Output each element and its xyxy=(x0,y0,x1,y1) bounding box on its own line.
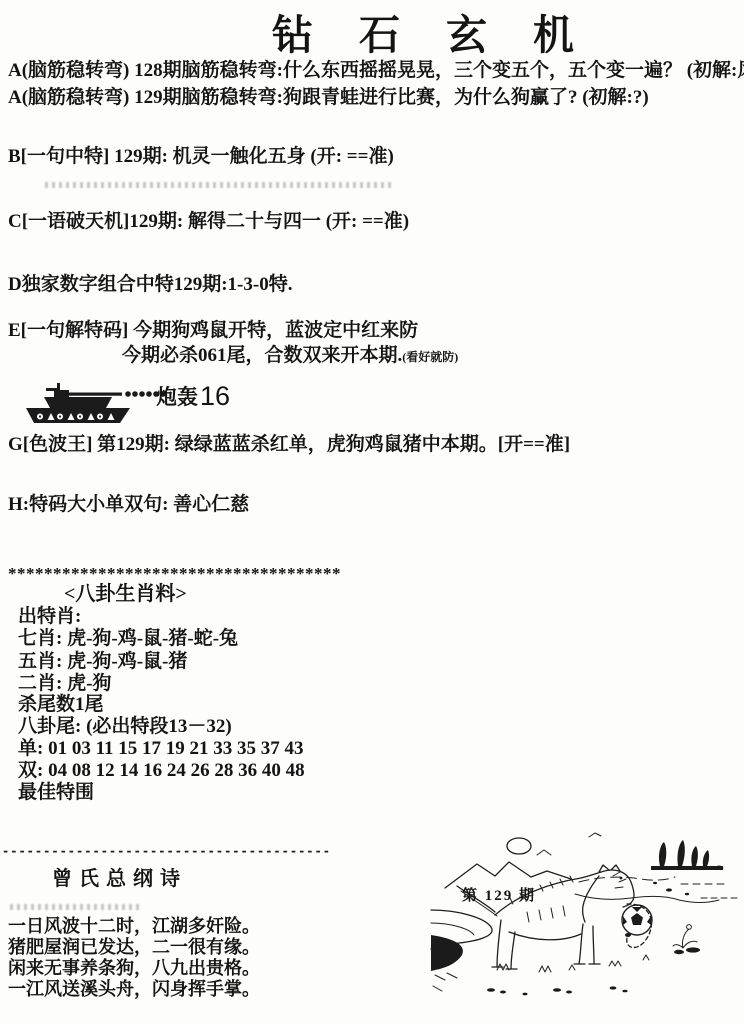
section-h-line: H:特码大小单双句: 善心仁慈 xyxy=(8,494,249,516)
tiger xyxy=(457,865,652,969)
trees xyxy=(651,840,723,870)
poem-line: 一日风波十二时，江湖多奸险。 xyxy=(8,916,260,937)
tank-cannon-graphic xyxy=(24,380,172,426)
section-g-line: G[色波王] 第129期: 绿绿蓝蓝杀红单，虎狗鸡鼠猪中本期。[开==准] xyxy=(8,434,570,456)
section-e-line1: E[一句解特码] 今期狗鸡鼠开特，蓝波定中红来防 xyxy=(8,320,418,342)
tiger-belly xyxy=(509,932,581,940)
section-d-line: D独家数字组合中特129期:1-3-0特. xyxy=(8,274,292,296)
blurred-text-line xyxy=(45,182,393,188)
poem-title: 曾氏总纲诗 xyxy=(52,868,187,891)
bagua-row: 七肖: 虎-狗-鸡-鼠-猪-蛇-兔 xyxy=(18,628,238,650)
cannon-label: 炮轰 xyxy=(156,385,198,409)
section-e-note: (看好就防) xyxy=(402,350,458,364)
illustration-caption: 第 129 期 xyxy=(462,888,536,905)
water-lines xyxy=(575,877,737,903)
bagua-row: 杀尾数1尾 xyxy=(18,694,104,716)
section-a-line-128: A(脑筋稳转弯) 128期脑筋稳转弯:什么东西摇摇晃晃，三个变五个，五个变一遍？… xyxy=(8,60,744,82)
page: 钻石玄机 A(脑筋稳转弯) 128期脑筋稳转弯:什么东西摇摇晃晃，三个变五个，五… xyxy=(0,0,744,1024)
poem-line: 闲来无事养条狗，八九出贵格。 xyxy=(8,958,260,979)
stars-separator: ************************************* xyxy=(8,564,341,584)
sun-icon xyxy=(507,838,531,854)
bagua-row: 八卦尾: (必出特段13－32) xyxy=(18,716,232,738)
section-e-line2: 今期必杀061尾，合数双来开本期.(看好就防) xyxy=(122,345,458,367)
cannon-number: 16 xyxy=(200,381,230,412)
section-b-line: B[一句中特] 129期: 机灵一触化五身 (开: ==准) xyxy=(8,146,394,168)
section-c-line: C[一语破天机]129期: 解得二十与四一 (开: ==准) xyxy=(8,211,409,233)
poem-line: 一江风送溪头舟，闪身挥手掌。 xyxy=(8,979,260,1000)
bird-icon xyxy=(537,850,551,855)
tiger-front-legs xyxy=(579,924,594,964)
tiger-head xyxy=(601,870,634,900)
bagua-row-odd-numbers: 单: 01 03 11 15 17 19 21 33 35 37 43 xyxy=(18,738,304,760)
bagua-row: 最佳特围 xyxy=(18,782,94,804)
section-e-line2-text: 今期必杀061尾，合数双来开本期. xyxy=(122,345,402,366)
tank-barrel xyxy=(66,393,122,396)
tiger-illustration xyxy=(430,820,744,1020)
tiger-rear-legs xyxy=(497,920,515,969)
dashed-divider: ---------------------------------------- xyxy=(2,845,331,859)
bagua-row: 二肖: 虎-狗 xyxy=(18,673,111,695)
page-title: 钻石玄机 xyxy=(272,12,620,59)
blurred-text-line xyxy=(10,904,140,910)
bagua-row: 五肖: 虎-狗-鸡-鼠-猪 xyxy=(18,651,187,673)
bird-icon xyxy=(589,833,601,837)
road xyxy=(431,910,492,991)
bagua-row: 出特肖: xyxy=(18,606,81,628)
bagua-row-even-numbers: 双: 04 08 12 14 16 24 26 28 36 40 48 xyxy=(18,760,305,782)
poem-line: 猪肥屋润已发达，二一很有缘。 xyxy=(8,937,260,958)
tank-turret xyxy=(44,397,112,408)
tiger-eye xyxy=(620,877,623,880)
section-a-line-129: A(脑筋稳转弯) 129期脑筋稳转弯:狗跟青蛙进行比赛，为什么狗赢了? (初解:… xyxy=(8,87,649,109)
plant xyxy=(673,925,700,955)
bagua-heading: <八卦生肖料> xyxy=(64,583,187,606)
